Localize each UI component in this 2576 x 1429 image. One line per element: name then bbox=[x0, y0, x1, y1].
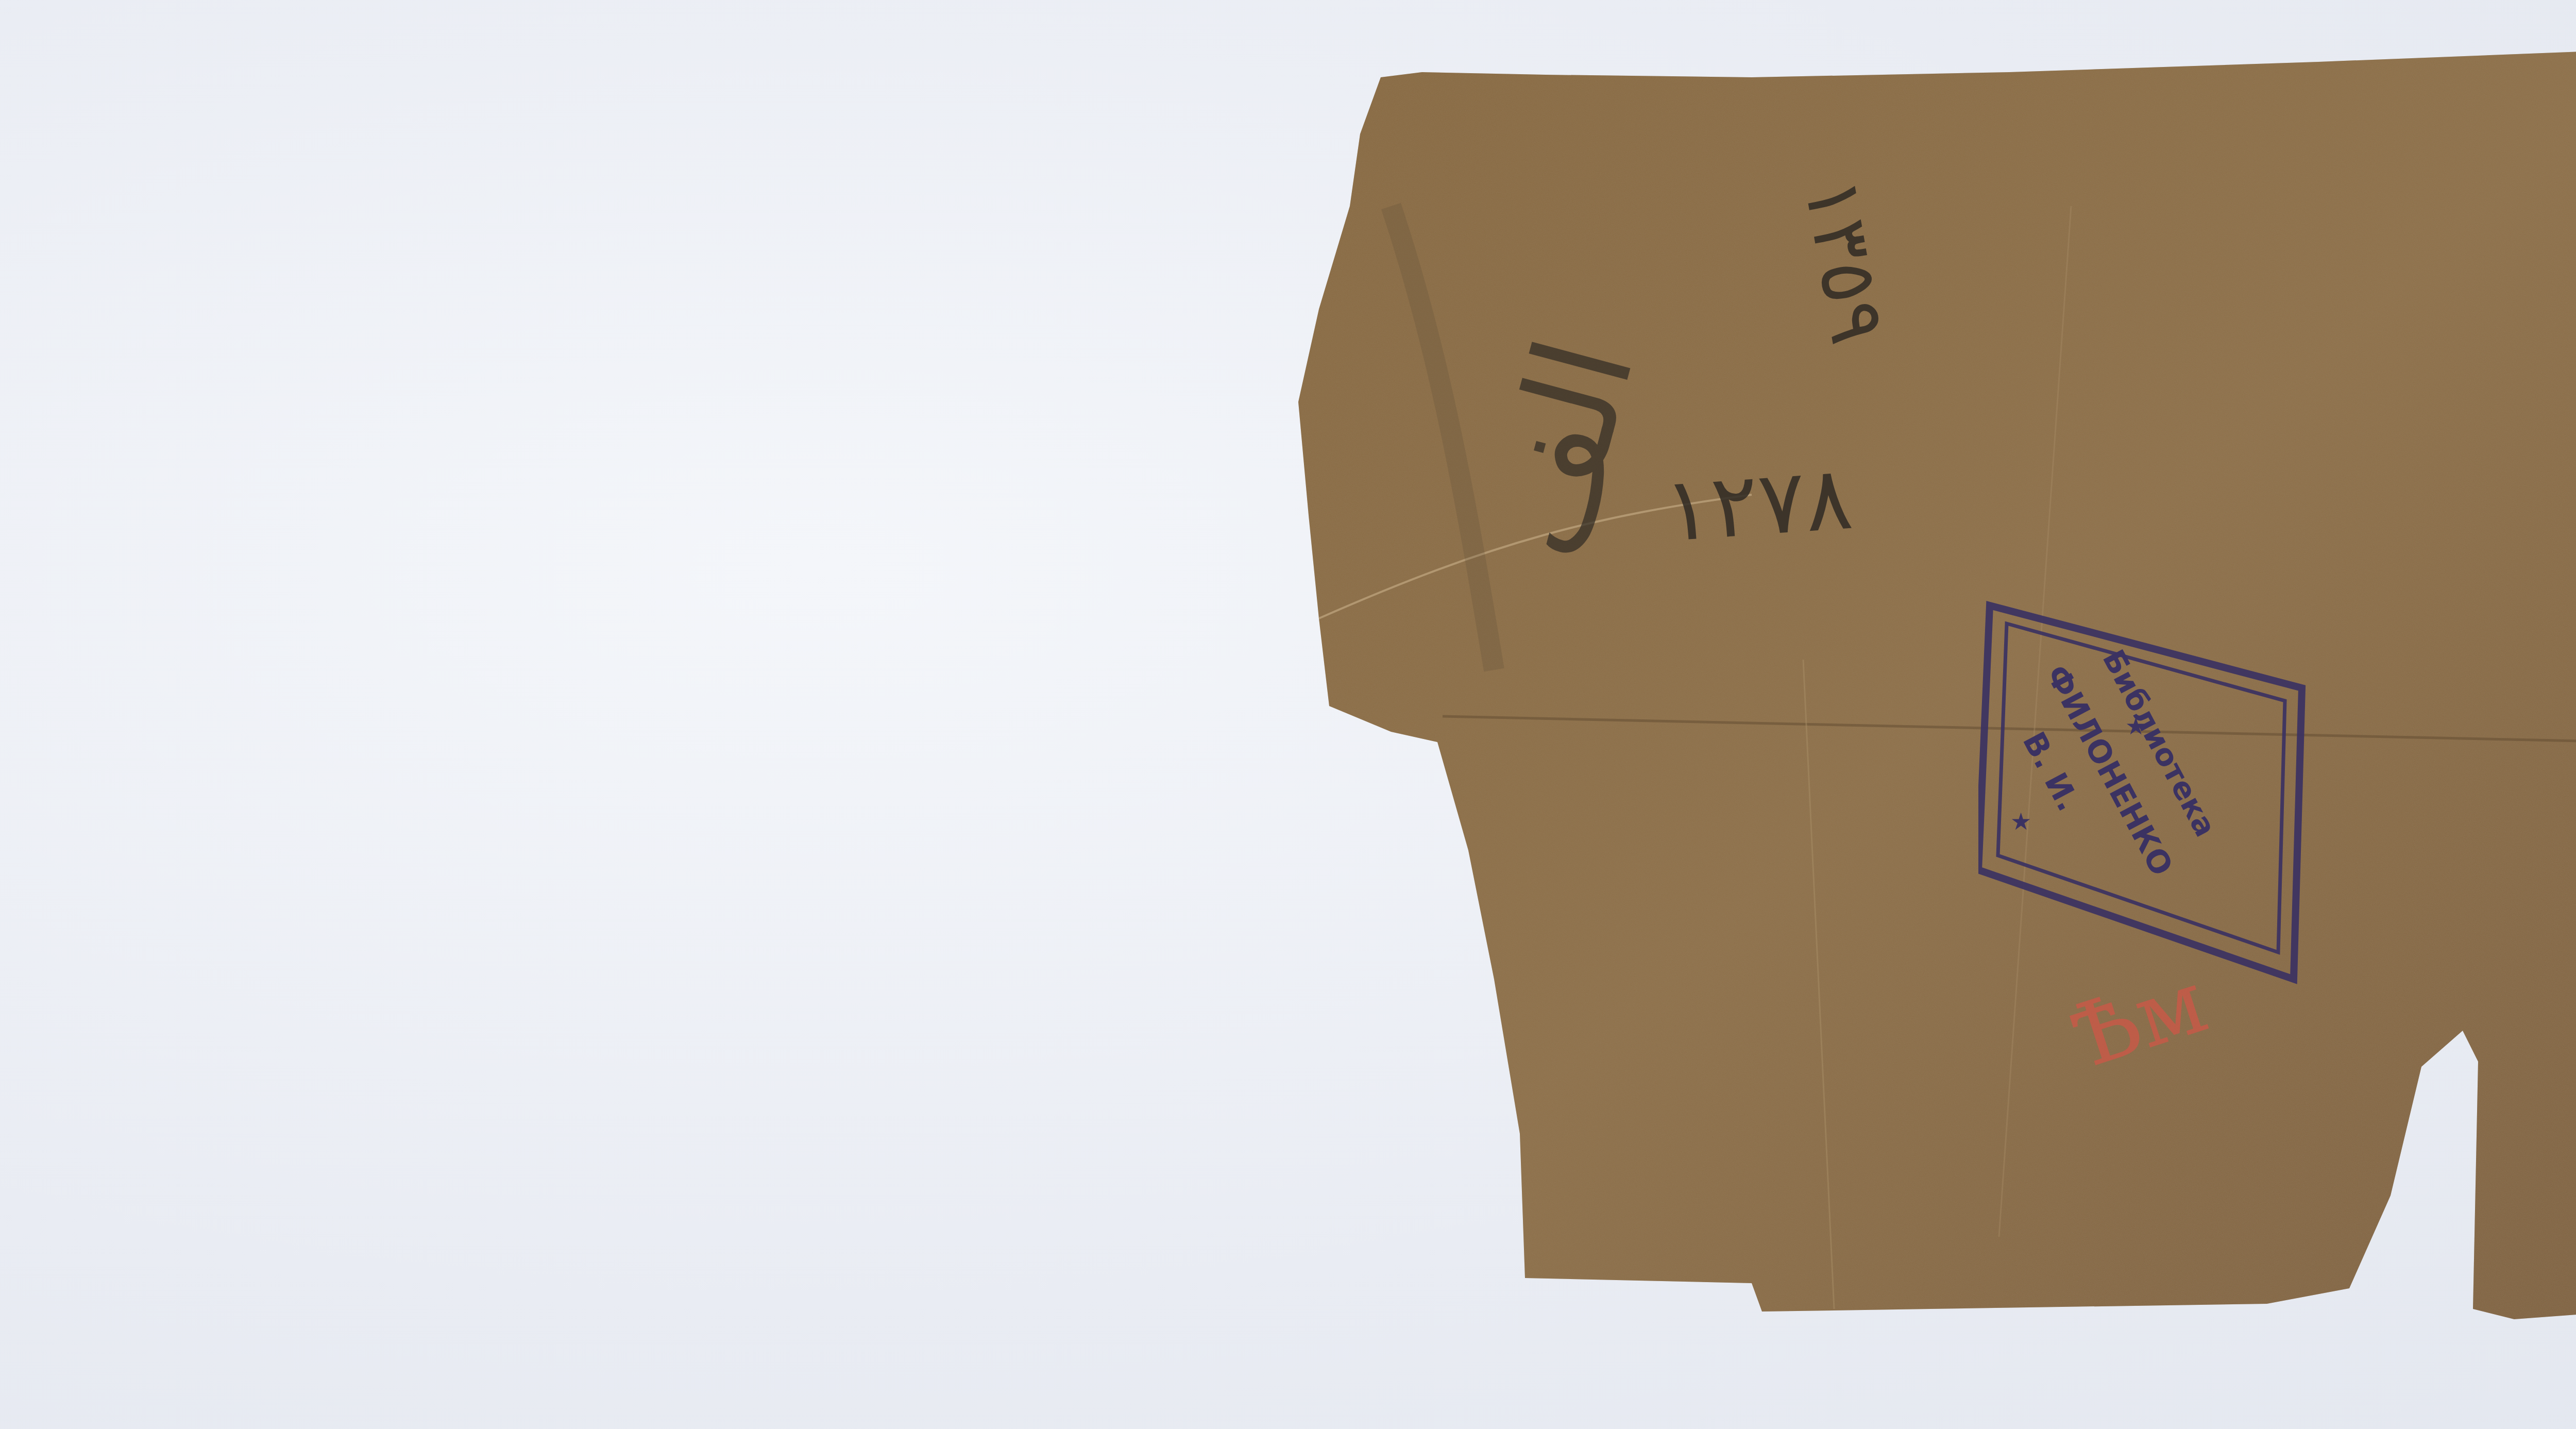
star-icon: ★ bbox=[2010, 808, 2031, 835]
star-icon: ★ bbox=[2125, 712, 2146, 740]
library-stamp: Библиотека ФИЛОНЕНКО В. И. ★ ★ bbox=[1978, 598, 2308, 989]
handwritten-inscription: ١٢٧٨ bbox=[1661, 447, 1856, 562]
